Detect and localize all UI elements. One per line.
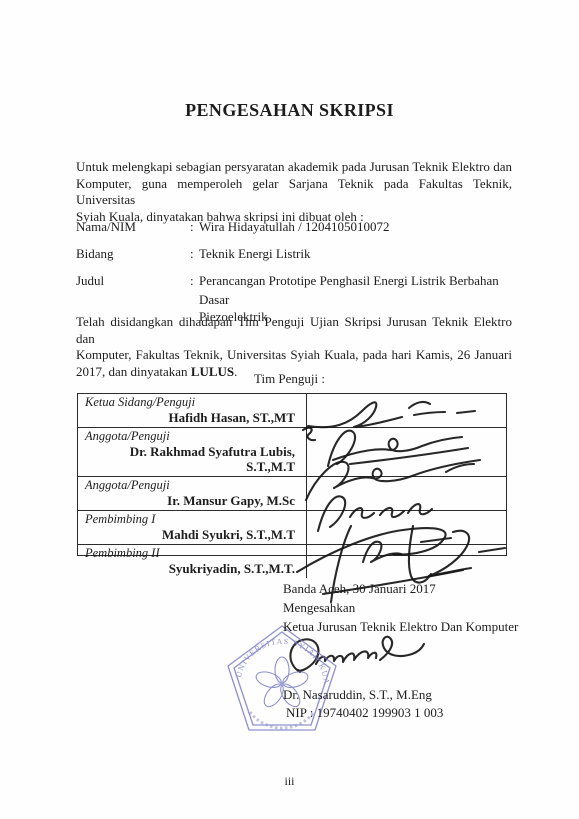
field-label: Bidang (76, 246, 190, 262)
field-nama-nim: Nama/NIM : Wira Hidayatullah / 120410501… (76, 219, 512, 235)
examiner-cell: Pembimbing I Mahdi Syukri, S.T.,M.T (78, 511, 307, 544)
table-row: Pembimbing I Mahdi Syukri, S.T.,M.T (78, 511, 506, 545)
head-nip: NIP : 19740402 199903 1 003 (286, 705, 443, 721)
table-row: Ketua Sidang/Penguji Hafidh Hasan, ST.,M… (78, 394, 506, 428)
examiner-cell: Anggota/Penguji Dr. Rakhmad Syafutra Lub… (78, 428, 307, 476)
tim-penguji-label: Tim Penguji : (0, 371, 579, 387)
examiner-name: Dr. Rakhmad Syafutra Lubis, S.T.,M.T (85, 444, 301, 476)
field-colon: : (190, 219, 199, 235)
examiner-role: Ketua Sidang/Penguji (85, 395, 301, 410)
examiner-role: Pembimbing I (85, 512, 301, 527)
statement-line: Telah disidangkan dihadapan Tim Penguji … (76, 314, 512, 347)
signature-cell (307, 545, 506, 578)
city-date: Banda Aceh, 30 Januari 2017 (283, 579, 518, 598)
examiner-role: Pembimbing II (85, 546, 301, 561)
intro-line: Komputer, guna memperoleh gelar Sarjana … (76, 176, 512, 209)
examiner-role: Anggota/Penguji (85, 478, 301, 493)
head-name: Dr. Nasaruddin, S.T., M.Eng (283, 687, 432, 703)
examiner-table: Ketua Sidang/Penguji Hafidh Hasan, ST.,M… (77, 393, 507, 556)
intro-paragraph: Untuk melengkapi sebagian persyaratan ak… (76, 159, 512, 225)
examiner-name: Mahdi Syukri, S.T.,M.T (85, 527, 301, 544)
examiner-cell: Anggota/Penguji Ir. Mansur Gapy, M.Sc (78, 477, 307, 510)
examiner-cell: Ketua Sidang/Penguji Hafidh Hasan, ST.,M… (78, 394, 307, 427)
signature-cell (307, 477, 506, 510)
university-seal-stamp: UNIVERSITAS SYIAH KUALA (220, 620, 344, 744)
field-bidang: Bidang : Teknik Energi Listrik (76, 246, 512, 262)
signature-cell (307, 394, 506, 427)
thesis-approval-page: PENGESAHAN SKRIPSI Untuk melengkapi seba… (0, 0, 579, 819)
field-colon: : (190, 246, 199, 262)
examiner-name: Hafidh Hasan, ST.,MT (85, 410, 301, 427)
head-position: Ketua Jurusan Teknik Elektro Dan Kompute… (283, 617, 518, 636)
table-row: Anggota/Penguji Ir. Mansur Gapy, M.Sc (78, 477, 506, 511)
field-value: Teknik Energi Listrik (199, 246, 512, 262)
field-value: Wira Hidayatullah / 1204105010072 (199, 219, 512, 235)
table-row: Anggota/Penguji Dr. Rakhmad Syafutra Lub… (78, 428, 506, 477)
examiner-name: Ir. Mansur Gapy, M.Sc (85, 493, 301, 510)
signature-cell (307, 511, 506, 544)
statement-line: Komputer, Fakultas Teknik, Universitas S… (76, 347, 512, 364)
signature-cell (307, 428, 506, 476)
approve-word: Mengesahkan (283, 598, 518, 617)
intro-line: Untuk melengkapi sebagian persyaratan ak… (76, 159, 512, 176)
table-row: Pembimbing II Syukriyadin, S.T.,M.T. (78, 545, 506, 578)
examiner-name: Syukriyadin, S.T.,M.T. (85, 561, 301, 578)
judul-line-1: Perancangan Prototipe Penghasil Energi L… (199, 271, 512, 309)
examiner-cell: Pembimbing II Syukriyadin, S.T.,M.T. (78, 545, 307, 578)
page-number: iii (0, 774, 579, 789)
examiner-role: Anggota/Penguji (85, 429, 301, 444)
closing-block: Banda Aceh, 30 Januari 2017 Mengesahkan … (283, 579, 518, 636)
field-label: Nama/NIM (76, 219, 190, 235)
page-title: PENGESAHAN SKRIPSI (0, 100, 579, 121)
